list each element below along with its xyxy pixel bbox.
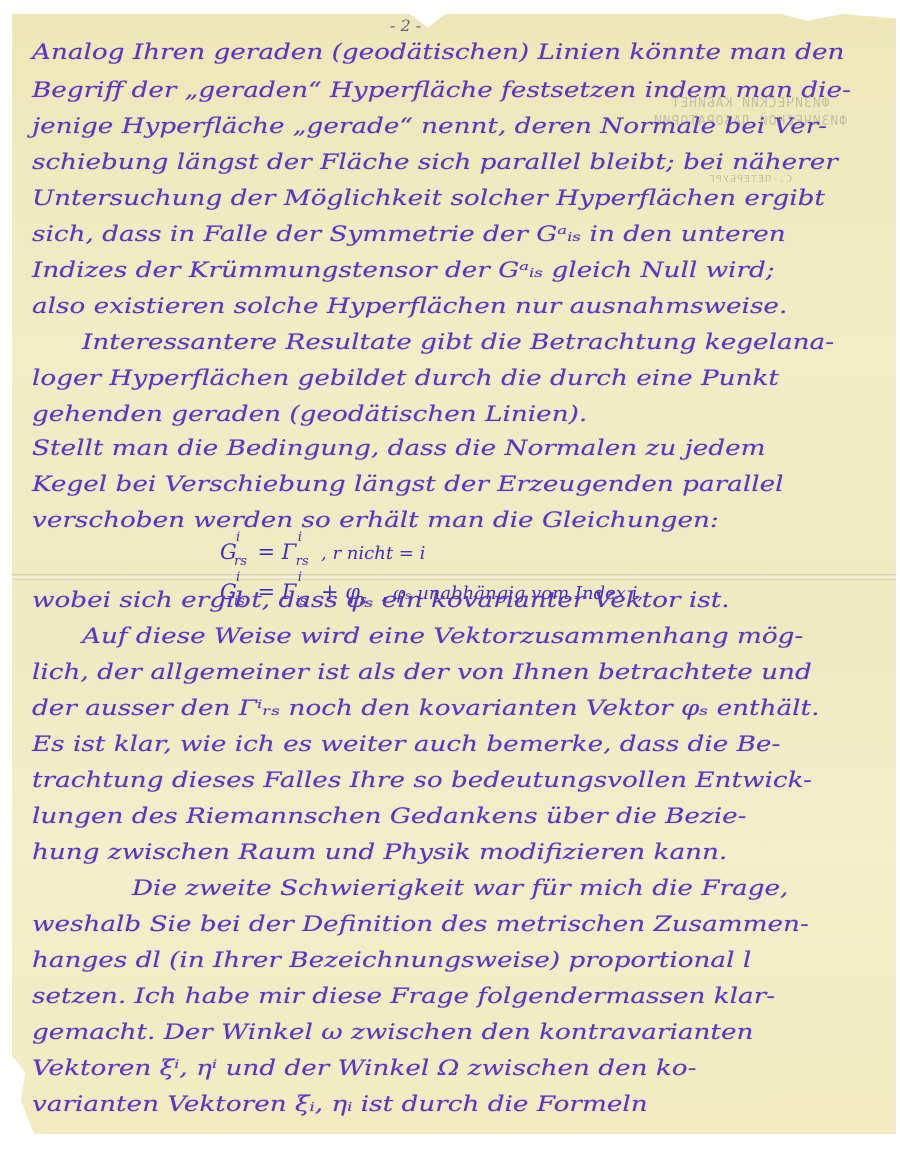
text-line: Vektoren ξⁱ, ηⁱ und der Winkel Ω zwische… (32, 1056, 696, 1080)
text-line: verschoben werden so erhält man die Glei… (32, 508, 719, 532)
text-line: weshalb Sie bei der Definition des metri… (32, 912, 809, 936)
text-line: hung zwischen Raum und Physik modifizier… (32, 840, 727, 864)
mirrored-stamp: ФИЗИЧЕСКИЙ КАБИНЕТ ФИЗИЧЕСКОЙ ЛАБОРАТОРИ… (610, 95, 890, 189)
text-line: Begriff der „geraden“ Hyperfläche festse… (32, 78, 851, 102)
text-line: hanges dl (in Ihrer Bezeichnungsweise) p… (32, 948, 751, 972)
text-line: Indizes der Krümmungstensor der Gᵃᵢₛ gle… (32, 258, 775, 282)
page-number: - 2 - (390, 16, 421, 35)
text-line: Analog Ihren geraden (geodätischen) Lini… (32, 40, 844, 64)
text-line: Untersuchung der Möglichkeit solcher Hyp… (32, 186, 825, 210)
eq1-condition: , r nicht = i (321, 543, 425, 564)
text-line: lich, der allgemeiner ist als der von Ih… (32, 660, 812, 684)
text-line: loger Hyperflächen gebildet durch die du… (32, 366, 779, 390)
eq1-rhs: Γirs (282, 540, 297, 564)
text-line: Kegel bei Verschiebung längst der Erzeug… (32, 472, 784, 496)
text-line: der ausser den Γⁱᵣₛ noch den kovarianten… (32, 696, 819, 720)
eq1-lhs: Girs (220, 540, 237, 564)
text-line: also existieren solche Hyperflächen nur … (32, 294, 787, 318)
text-line: wobei sich ergibt, dass φₛ ein kovariant… (32, 588, 730, 612)
equation-1: Girs = Γirs , r nicht = i (220, 540, 425, 564)
paragraph-start-line: Auf diese Weise wird eine Vektorzusammen… (82, 624, 803, 648)
text-line: varianten Vektoren ξᵢ, ηᵢ ist durch die … (32, 1092, 648, 1116)
text-line: trachtung dieses Falles Ihre so bedeutun… (32, 768, 812, 792)
eq1-op: = (257, 540, 275, 564)
paragraph-start-line: Stellt man die Bedingung, dass die Norma… (32, 436, 766, 460)
text-line: gemacht. Der Winkel ω zwischen den kontr… (32, 1020, 753, 1044)
text-line: gehenden geraden (geodätischen Linien). (32, 402, 587, 426)
text-line: schiebung längst der Fläche sich paralle… (32, 150, 838, 174)
text-line: setzen. Ich habe mir diese Frage folgend… (32, 984, 775, 1008)
paragraph-start-line: Die zweite Schwierigkeit war für mich di… (132, 876, 788, 900)
text-line: lungen des Riemannschen Gedankens über d… (32, 804, 747, 828)
text-line: Es ist klar, wie ich es weiter auch beme… (32, 732, 780, 756)
text-line: sich, dass in Falle der Symmetrie der Gᵃ… (32, 222, 786, 246)
paragraph-start-line: Interessantere Resultate gibt die Betrac… (82, 330, 834, 354)
text-line: jenige Hyperfläche „gerade“ nennt, deren… (32, 114, 827, 138)
